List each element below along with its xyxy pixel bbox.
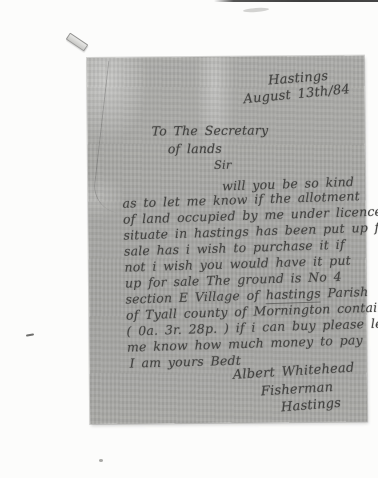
letter-body: as to let me know if the allotment of la… — [122, 187, 378, 355]
scan-top-edge-line — [214, 0, 378, 2]
crease-mark — [91, 61, 135, 213]
address-line-1: To The Secretary — [152, 122, 269, 138]
scanned-letter-sheet: Hastings August 13th/84 To The Secretary… — [87, 56, 367, 424]
ink-dash-mark — [26, 333, 34, 336]
scan-smudge — [243, 7, 269, 13]
paper-speck — [99, 459, 103, 462]
scanned-page: { "colors": { "paper_white": "#fcfcfb", … — [0, 0, 378, 478]
address-line-2: of lands — [168, 141, 222, 156]
pencil-mark — [66, 33, 89, 52]
closing-line: I am yours Bedt — [129, 353, 241, 371]
signature-place: Hastings — [280, 396, 341, 416]
salutation: Sir — [214, 158, 232, 172]
signature-name: Albert Whitehead — [233, 361, 355, 383]
section-line-post: Parish — [321, 284, 369, 300]
